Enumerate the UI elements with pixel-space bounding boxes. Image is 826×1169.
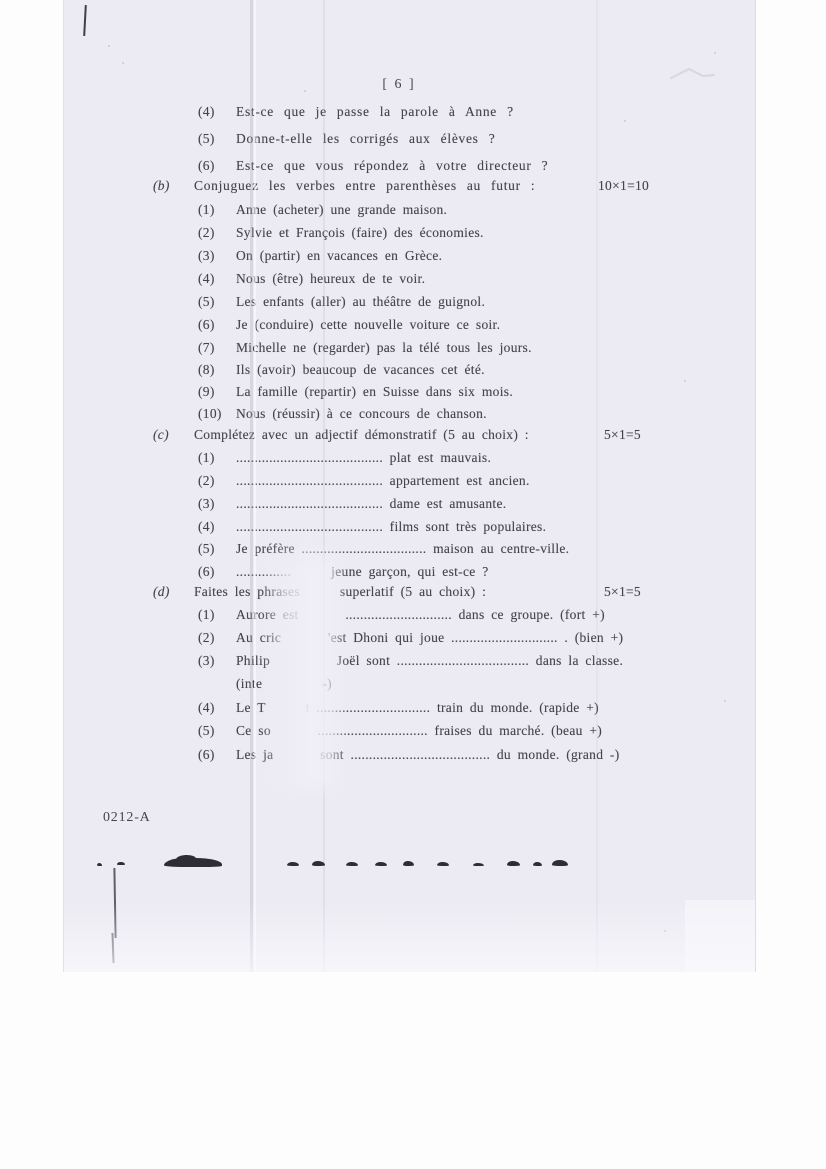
list-item: (6) Je (conduire) cette nouvelle voiture…	[64, 317, 755, 337]
list-item: (5) Je préfère .........................…	[64, 541, 755, 561]
scanner-smudge	[533, 862, 542, 866]
ink-speck	[664, 930, 666, 932]
section-label: (c)	[153, 427, 169, 443]
item-text: Michelle ne (regarder) pas la télé tous …	[236, 340, 532, 356]
list-item: (6) ............... jeune garçon, qui es…	[64, 564, 755, 584]
item-number: (3)	[198, 496, 215, 512]
pen-stroke	[83, 5, 87, 36]
list-item: (2) Sylvie et François (faire) des écono…	[64, 225, 755, 245]
item-text: Je (conduire) cette nouvelle voiture ce …	[236, 317, 500, 333]
smudge-mark	[669, 66, 715, 86]
scanner-smudge	[312, 861, 325, 866]
list-item: (4) Est-ce que je passe la parole à Anne…	[64, 104, 755, 124]
item-text: Philip Joël sont .......................…	[236, 653, 623, 669]
scanner-smudge	[507, 861, 520, 866]
item-text: Aurore est .............................…	[236, 607, 605, 623]
item-number: (1)	[198, 607, 215, 623]
item-text: Anne (acheter) une grande maison.	[236, 202, 447, 218]
scanner-smudge	[346, 862, 358, 866]
pen-stroke	[113, 868, 116, 938]
item-number: (9)	[198, 384, 215, 400]
item-text: ........................................…	[236, 473, 530, 489]
item-number: (3)	[198, 248, 215, 264]
marks-value: 5×1=5	[604, 427, 641, 443]
page-number: [ 6 ]	[344, 77, 454, 93]
item-text: ........................................…	[236, 519, 546, 535]
item-text: Les ja sont ............................…	[236, 747, 620, 763]
section-heading-b: (b) Conjuguez les verbes entre parenthès…	[64, 178, 755, 198]
ink-speck	[122, 62, 124, 64]
scanned-exam-screenshot: { "colors": { "paper": "#ecebf3", "ink":…	[0, 0, 826, 1169]
list-item: (7) Michelle ne (regarder) pas la télé t…	[64, 340, 755, 360]
item-number: (5)	[198, 541, 215, 557]
section-label: (d)	[153, 584, 170, 600]
item-number: (4)	[198, 519, 215, 535]
ink-speck	[714, 52, 716, 54]
marks-value: 10×1=10	[598, 178, 649, 194]
item-text: Sylvie et François (faire) des économies…	[236, 225, 484, 241]
booklet-code: 0212-A	[103, 810, 151, 826]
list-item: (5) Donne-t-elle les corrigés aux élèves…	[64, 131, 755, 151]
ink-speck	[108, 45, 110, 47]
scanner-smudge	[552, 860, 568, 866]
list-item: (9) La famille (repartir) en Suisse dans…	[64, 384, 755, 404]
item-text: Au cric 'est Dhoni qui joue ............…	[236, 630, 623, 646]
item-number: (4)	[198, 700, 215, 716]
section-heading-d: (d) Faites les phrases superlatif (5 au …	[64, 584, 755, 604]
list-item: (2) Au cric 'est Dhoni qui joue ........…	[64, 630, 755, 650]
item-number: (7)	[198, 340, 215, 356]
scanner-smudge	[176, 854, 196, 860]
list-item: (5) Les enfants (aller) au théâtre de gu…	[64, 294, 755, 314]
list-item: (1) Anne (acheter) une grande maison.	[64, 202, 755, 222]
item-number: (2)	[198, 225, 215, 241]
pen-stroke	[111, 933, 114, 963]
item-number: (3)	[198, 653, 215, 669]
item-number: (1)	[198, 450, 215, 466]
list-item: (4) Le T t .............................…	[64, 700, 755, 720]
scanner-smudge	[473, 863, 484, 866]
list-item-continuation: (inte -)	[64, 676, 755, 696]
item-number: (4)	[198, 104, 215, 120]
list-item: (3) ....................................…	[64, 496, 755, 516]
list-item: (3) Philip Joël sont ...................…	[64, 653, 755, 673]
item-text: ........................................…	[236, 496, 506, 512]
item-number: (2)	[198, 630, 215, 646]
item-number: (6)	[198, 317, 215, 333]
item-number: (6)	[198, 564, 215, 580]
item-number: (6)	[198, 747, 215, 763]
list-item: (4) Nous (être) heureux de te voir.	[64, 271, 755, 291]
section-prompt: Conjuguez les verbes entre parenthèses a…	[194, 178, 535, 194]
list-item: (10) Nous (réussir) à ce concours de cha…	[64, 406, 755, 426]
item-number: (10)	[198, 406, 222, 422]
section-prompt: Faites les phrases superlatif (5 au choi…	[194, 584, 486, 600]
item-number: (8)	[198, 362, 215, 378]
item-text: Ce so .............................. fra…	[236, 723, 602, 739]
section-heading-c: (c) Complétez avec un adjectif démonstra…	[64, 427, 755, 447]
item-number: (4)	[198, 271, 215, 287]
item-number: (5)	[198, 723, 215, 739]
item-text: ............... jeune garçon, qui est-ce…	[236, 564, 489, 580]
item-text: (inte -)	[236, 676, 332, 692]
marks-value: 5×1=5	[604, 584, 641, 600]
scanned-paper-page: [ 6 ] (4) Est-ce que je passe la parole …	[63, 0, 756, 972]
item-text: Ils (avoir) beaucoup de vacances cet été…	[236, 362, 485, 378]
list-item: (2) ....................................…	[64, 473, 755, 493]
scanner-smudge	[117, 862, 125, 865]
scanner-smudge	[287, 862, 299, 866]
section-prompt: Complétez avec un adjectif démonstratif …	[194, 427, 529, 443]
item-number: (5)	[198, 131, 215, 147]
list-item: (1) ....................................…	[64, 450, 755, 470]
item-text: Le T t ............................... t…	[236, 700, 599, 716]
item-text: Nous (réussir) à ce concours de chanson.	[236, 406, 487, 422]
scanner-smudge	[375, 862, 387, 866]
list-item: (3) On (partir) en vacances en Grèce.	[64, 248, 755, 268]
section-label: (b)	[153, 178, 170, 194]
item-text: Je préfère .............................…	[236, 541, 569, 557]
list-item: (6) Les ja sont ........................…	[64, 747, 755, 767]
item-number: (5)	[198, 294, 215, 310]
item-text: Les enfants (aller) au théâtre de guigno…	[236, 294, 485, 310]
scanner-smudge	[164, 858, 222, 867]
list-item: (5) Ce so ..............................…	[64, 723, 755, 743]
item-text: Donne-t-elle les corrigés aux élèves ?	[236, 131, 495, 147]
item-text: Nous (être) heureux de te voir.	[236, 271, 425, 287]
item-number: (6)	[198, 158, 215, 174]
scanner-smudge	[437, 862, 449, 866]
item-text: Est-ce que je passe la parole à Anne ?	[236, 104, 514, 120]
item-number: (2)	[198, 473, 215, 489]
item-text: On (partir) en vacances en Grèce.	[236, 248, 442, 264]
item-text: La famille (repartir) en Suisse dans six…	[236, 384, 513, 400]
list-item: (4) ....................................…	[64, 519, 755, 539]
list-item: (6) Est-ce que vous répondez à votre dir…	[64, 158, 755, 178]
scan-light-patch	[685, 900, 755, 972]
list-item: (8) Ils (avoir) beaucoup de vacances cet…	[64, 362, 755, 382]
scanner-smudge	[97, 863, 102, 866]
scanner-smudge	[403, 861, 414, 866]
list-item: (1) Aurore est .........................…	[64, 607, 755, 627]
ink-speck	[304, 90, 306, 92]
item-text: ........................................…	[236, 450, 491, 466]
item-number: (1)	[198, 202, 215, 218]
item-text: Est-ce que vous répondez à votre directe…	[236, 158, 548, 174]
